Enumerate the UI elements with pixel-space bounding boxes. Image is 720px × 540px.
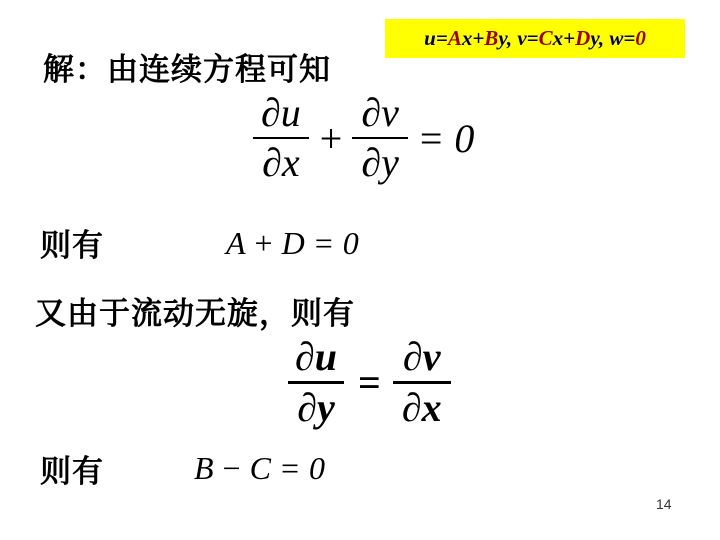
dv-dy-fraction: ∂v ∂y — [352, 92, 408, 184]
dv-numerator: ∂v — [394, 336, 450, 381]
then-have-label-1: 则有 — [40, 220, 104, 265]
solution-heading: 解：由连续方程可知 — [43, 44, 331, 89]
then-have-label-2: 则有 — [40, 446, 104, 491]
dx-denominator: ∂x — [253, 137, 309, 184]
condition-const-a: A — [448, 26, 462, 51]
dv-dx-fraction: ∂v ∂x — [393, 336, 451, 429]
dv-numerator: ∂v — [352, 92, 408, 137]
du-dy-fraction: ∂u ∂y — [286, 336, 346, 429]
equation-b-minus-c: B − C = 0 — [194, 450, 325, 487]
minus-sign: − — [223, 450, 241, 487]
zero-rhs: 0 — [343, 225, 359, 262]
velocity-condition-box: u= A x+ B y, v= C x+ D y, w= 0 — [385, 19, 685, 58]
term-a: A — [226, 225, 246, 262]
condition-const-d: D — [575, 26, 590, 51]
term-c: C — [250, 450, 271, 487]
term-b: B — [194, 450, 214, 487]
du-dx-fraction: ∂u ∂x — [252, 92, 310, 184]
condition-var-yw: y, w= — [590, 26, 635, 51]
irrotational-flow-text: 又由于流动无旋，则有 — [35, 288, 355, 333]
condition-const-b: B — [484, 26, 498, 51]
equals-sign: = — [315, 225, 333, 262]
equation-a-plus-d: A + D = 0 — [226, 225, 359, 262]
condition-var-u: u= — [424, 26, 448, 51]
zero-rhs: 0 — [309, 450, 325, 487]
condition-var-x1: x+ — [462, 26, 484, 51]
dy-denominator: ∂y — [288, 381, 344, 429]
zero-rhs: 0 — [454, 115, 474, 162]
condition-const-c: C — [539, 26, 553, 51]
dy-denominator: ∂y — [352, 137, 408, 184]
continuity-equation: ∂u ∂x + ∂v ∂y = 0 — [252, 92, 474, 184]
dx-denominator: ∂x — [393, 381, 451, 429]
condition-var-yv: y, v= — [498, 26, 538, 51]
condition-var-x2: x+ — [553, 26, 575, 51]
du-numerator: ∂u — [252, 92, 310, 137]
equals-sign: = — [281, 450, 299, 487]
equals-sign: = — [420, 115, 443, 162]
plus-sign: + — [320, 115, 343, 162]
irrotational-equation: ∂u ∂y = ∂v ∂x — [286, 336, 451, 429]
condition-zero: 0 — [635, 26, 646, 51]
equals-sign: = — [358, 359, 381, 406]
slide: 解：由连续方程可知 u= A x+ B y, v= C x+ D y, w= 0… — [0, 0, 720, 540]
term-d: D — [282, 225, 305, 262]
du-numerator: ∂u — [286, 336, 346, 381]
page-number: 14 — [656, 496, 672, 512]
plus-sign: + — [255, 225, 273, 262]
